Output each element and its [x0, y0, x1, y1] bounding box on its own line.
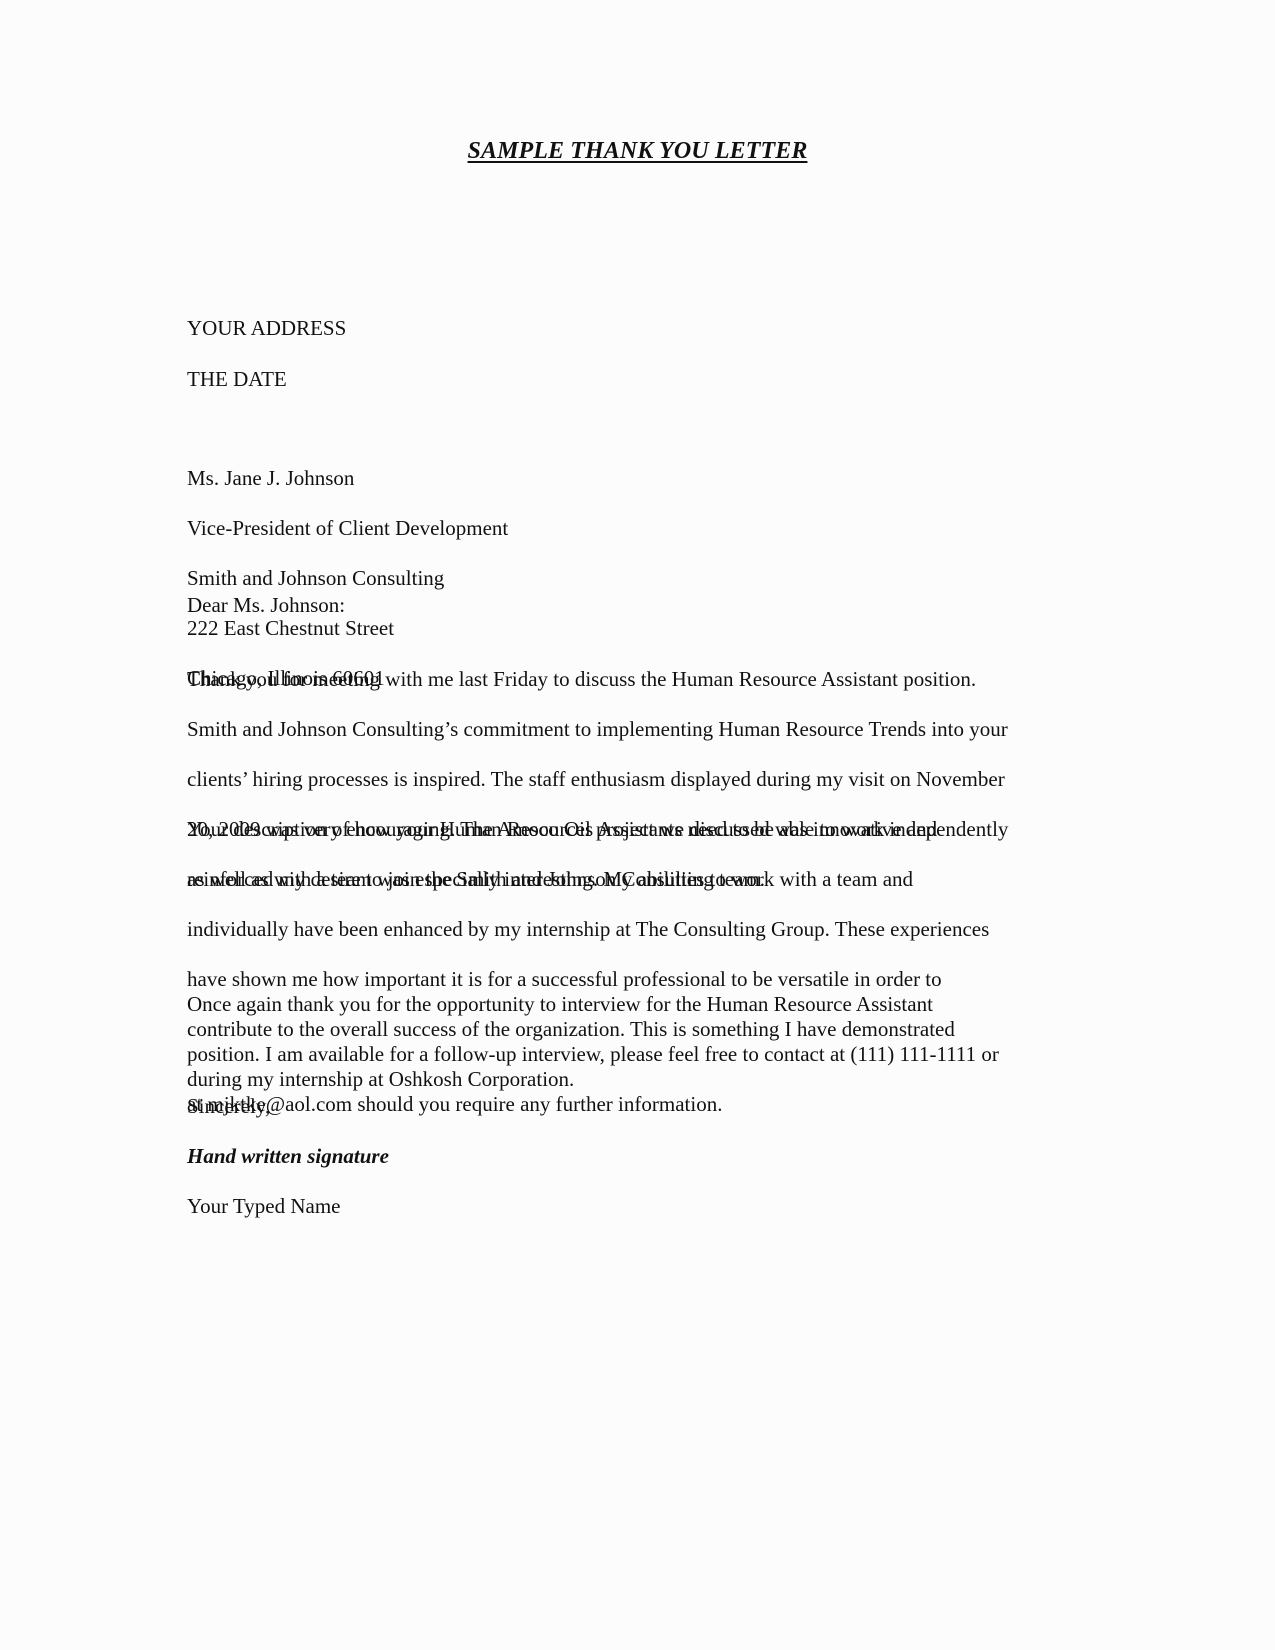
- paragraph-line: Your description of how your Human Resou…: [187, 817, 1107, 842]
- paragraph-line: position. I am available for a follow-up…: [187, 1042, 1107, 1067]
- paragraph-line: Once again thank you for the opportunity…: [187, 992, 1107, 1017]
- sender-address: YOUR ADDRESS: [187, 315, 1107, 341]
- recipient-company: Smith and Johnson Consulting: [187, 566, 1107, 591]
- letter-page: SAMPLE THANK YOU LETTER YOUR ADDRESS THE…: [0, 0, 1275, 1650]
- paragraph-line: individually have been enhanced by my in…: [187, 917, 1107, 942]
- typed-name: Your Typed Name: [187, 1193, 1107, 1219]
- paragraph-line: as well as with a team was especially in…: [187, 867, 1107, 892]
- paragraph-line: clients’ hiring processes is inspired. T…: [187, 767, 1107, 792]
- salutation: Dear Ms. Johnson:: [187, 592, 1107, 618]
- paragraph-line: Thank you for meeting with me last Frida…: [187, 667, 1107, 692]
- paragraph-line: Smith and Johnson Consulting’s commitmen…: [187, 717, 1107, 742]
- recipient-name: Ms. Jane J. Johnson: [187, 466, 1107, 491]
- letter-date: THE DATE: [187, 366, 1107, 392]
- signature: Hand written signature: [187, 1143, 1107, 1169]
- closing: Sincerely,: [187, 1093, 1107, 1119]
- document-title: SAMPLE THANK YOU LETTER: [0, 138, 1275, 165]
- recipient-title: Vice-President of Client Development: [187, 516, 1107, 541]
- recipient-street: 222 East Chestnut Street: [187, 616, 1107, 641]
